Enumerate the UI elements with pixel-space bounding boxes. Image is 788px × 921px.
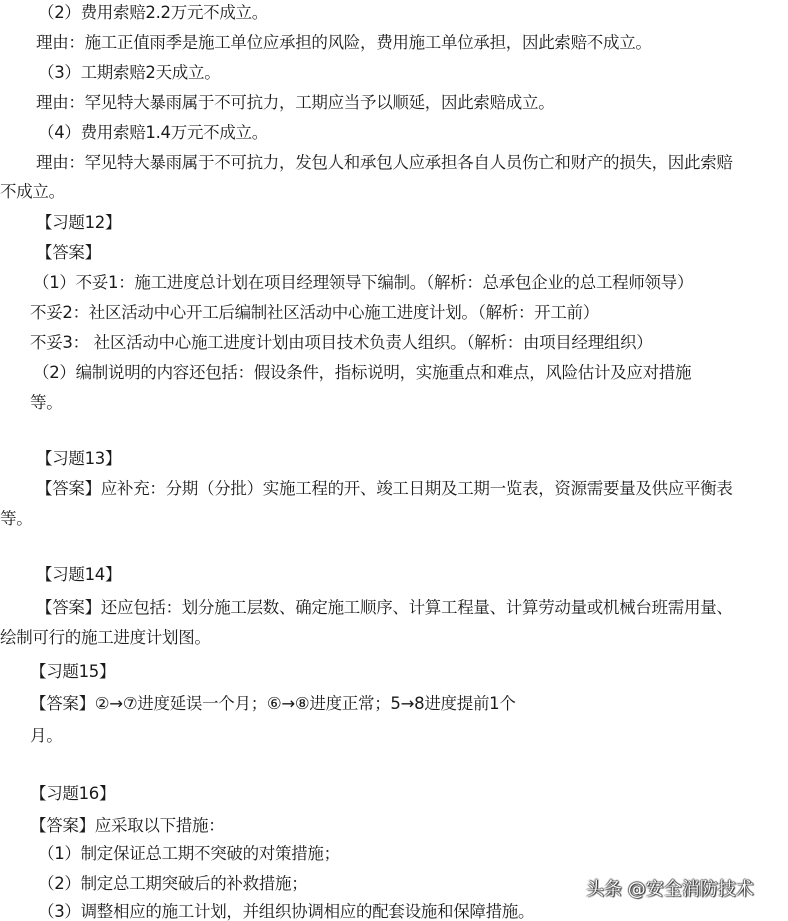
- exercise-12-item-2: （2）编制说明的内容还包括：假设条件，指标说明，实施重点和难点，风险估计及应对措…: [33, 362, 691, 384]
- claim-2-reason: 理由：施工正值雨季是施工单位应承担的风险，费用施工单位承担，因此索赔不成立。: [36, 32, 652, 54]
- exercise-13-answer: 【答案】应补充：分期（分批）实施工程的开、竣工日期及工期一览表，资源需要量及供应…: [36, 478, 733, 500]
- exercise-12-heading: 【习题12】: [36, 212, 121, 234]
- exercise-12-item-1: （1）不妥1：施工进度总计划在项目经理领导下编制。（解析：总承包企业的总工程师领…: [33, 272, 693, 294]
- exercise-14-answer-cont: 绘制可行的施工进度计划图。: [0, 627, 211, 649]
- exercise-14-answer: 【答案】还应包括：划分施工层数、确定施工顺序、计算工程量、计算劳动量或机械台班需…: [36, 597, 733, 619]
- claim-4-conclusion: （4）费用索赔1.4万元不成立。: [38, 122, 268, 144]
- claim-3-conclusion: （3）工期索赔2天成立。: [38, 62, 220, 84]
- watermark: 头条 @安全消防技术: [586, 878, 754, 902]
- exercise-15-heading: 【习题15】: [30, 661, 115, 683]
- claim-4-reason-cont: 不成立。: [0, 181, 65, 203]
- exercise-16-answer-label: 【答案】应采取以下措施：: [30, 815, 224, 837]
- exercise-12-item-2-cont: 等。: [30, 392, 62, 414]
- exercise-15-answer: 【答案】②→⑦进度延误一个月；⑥→⑧进度正常；5→8进度提前1个: [30, 693, 516, 715]
- claim-3-reason: 理由：罕见特大暴雨属于不可抗力，工期应当予以顺延，因此索赔成立。: [36, 92, 554, 114]
- exercise-12-item-1b: 不妥2：社区活动中心开工后编制社区活动中心施工进度计划。（解析：开工前）: [30, 302, 599, 324]
- claim-2-conclusion: （2）费用索赔2.2万元不成立。: [38, 2, 268, 24]
- exercise-16-heading: 【习题16】: [30, 783, 115, 805]
- exercise-16-item-1: （1）制定保证总工期不突破的对策措施；: [38, 843, 340, 865]
- exercise-13-answer-cont: 等。: [0, 508, 32, 530]
- exercise-16-item-3: （3）调整相应的施工计划，并组织协调相应的配套设施和保障措施。: [38, 901, 534, 921]
- exercise-14-heading: 【习题14】: [36, 564, 121, 586]
- claim-4-reason: 理由：罕见特大暴雨属于不可抗力，发包人和承包人应承担各自人员伤亡和财产的损失，因…: [36, 152, 733, 174]
- exercise-15-answer-cont: 月。: [30, 725, 62, 747]
- exercise-12-item-1c: 不妥3： 社区活动中心施工进度计划由项目技术负责人组织。（解析：由项目经理组织）: [30, 332, 653, 354]
- exercise-12-answer-label: 【答案】: [36, 242, 101, 264]
- exercise-13-heading: 【习题13】: [36, 448, 121, 470]
- exercise-16-item-2: （2）制定总工期突破后的补救措施；: [38, 873, 307, 895]
